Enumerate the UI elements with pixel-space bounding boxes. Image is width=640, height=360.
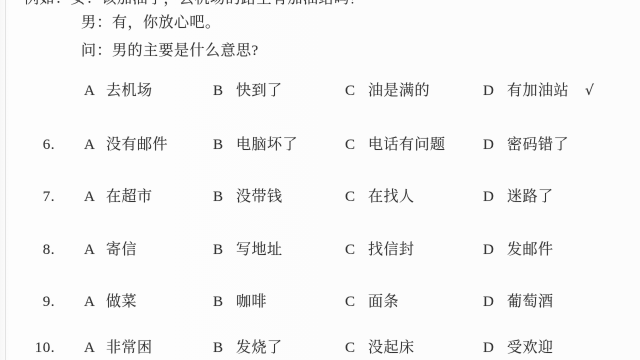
- question-number: 8.: [25, 242, 55, 258]
- option-a-letter: A: [84, 294, 95, 310]
- option-c-letter: C: [345, 137, 356, 153]
- question-row-9: 9. A 做菜 B 咖啡 C 面条 D 葡萄酒: [0, 294, 640, 312]
- option-d-text: 密码错了: [507, 137, 569, 153]
- example-options-row: A 去机场 B 快到了 C 油是满的 D 有加油站 √: [0, 83, 640, 101]
- example-option-a-letter: A: [84, 83, 95, 99]
- example-option-d-letter: D: [483, 83, 494, 99]
- question-row-10: 10. A 非常困 B 发烧了 C 没起床 D 受欢迎: [0, 340, 640, 358]
- option-c-letter: C: [345, 242, 356, 258]
- option-c-text: 没起床: [368, 340, 415, 356]
- option-d-letter: D: [483, 242, 494, 258]
- question-number: 6.: [25, 137, 55, 153]
- option-d-text: 发邮件: [507, 242, 554, 258]
- correct-answer-checkmark: √: [585, 83, 594, 99]
- question-number: 9.: [25, 294, 55, 310]
- option-a-text: 寄信: [106, 242, 137, 258]
- option-d-letter: D: [483, 137, 494, 153]
- example-option-b-letter: B: [213, 83, 224, 99]
- option-b-letter: B: [213, 242, 224, 258]
- example-clipped-line: 例如：女：该加油了，去机场的路上有加油站吗？: [24, 0, 365, 7]
- example-man-line: 男：有，你放心吧。: [81, 15, 221, 31]
- option-a-text: 做菜: [106, 294, 137, 310]
- option-a-letter: A: [84, 137, 95, 153]
- option-d-text: 受欢迎: [507, 340, 554, 356]
- option-c-text: 在找人: [368, 189, 415, 205]
- option-d-letter: D: [483, 294, 494, 310]
- option-b-letter: B: [213, 137, 224, 153]
- option-a-text: 在超市: [106, 189, 153, 205]
- option-a-text: 非常困: [106, 340, 153, 356]
- option-d-letter: D: [483, 340, 494, 356]
- option-d-letter: D: [483, 189, 494, 205]
- question-row-7: 7. A 在超市 B 没带钱 C 在找人 D 迷路了: [0, 189, 640, 207]
- option-b-text: 写地址: [236, 242, 283, 258]
- question-row-6: 6. A 没有邮件 B 电脑坏了 C 电话有问题 D 密码错了: [0, 137, 640, 155]
- option-b-text: 咖啡: [236, 294, 267, 310]
- option-d-text: 葡萄酒: [507, 294, 554, 310]
- example-option-a-text: 去机场: [106, 83, 153, 99]
- question-number: 10.: [25, 340, 55, 356]
- option-c-text: 面条: [368, 294, 399, 310]
- example-option-c-letter: C: [345, 83, 356, 99]
- option-a-text: 没有邮件: [106, 137, 168, 153]
- example-question-line: 问：男的主要是什么意思?: [81, 43, 259, 59]
- example-option-b-text: 快到了: [236, 83, 283, 99]
- option-a-letter: A: [84, 340, 95, 356]
- option-c-letter: C: [345, 294, 356, 310]
- option-b-letter: B: [213, 189, 224, 205]
- option-a-letter: A: [84, 189, 95, 205]
- option-a-letter: A: [84, 242, 95, 258]
- option-b-text: 电脑坏了: [236, 137, 298, 153]
- option-c-text: 电话有问题: [368, 137, 446, 153]
- option-b-letter: B: [213, 340, 224, 356]
- option-c-letter: C: [345, 340, 356, 356]
- option-b-letter: B: [213, 294, 224, 310]
- example-option-c-text: 油是满的: [368, 83, 430, 99]
- scanned-test-page: 例如：女：该加油了，去机场的路上有加油站吗？ 男：有，你放心吧。 问：男的主要是…: [0, 0, 640, 360]
- option-d-text: 迷路了: [507, 189, 554, 205]
- option-b-text: 没带钱: [236, 189, 283, 205]
- option-b-text: 发烧了: [236, 340, 283, 356]
- option-c-letter: C: [345, 189, 356, 205]
- question-number: 7.: [25, 189, 55, 205]
- option-c-text: 找信封: [368, 242, 415, 258]
- example-option-d-text: 有加油站: [507, 83, 569, 99]
- question-row-8: 8. A 寄信 B 写地址 C 找信封 D 发邮件: [0, 242, 640, 260]
